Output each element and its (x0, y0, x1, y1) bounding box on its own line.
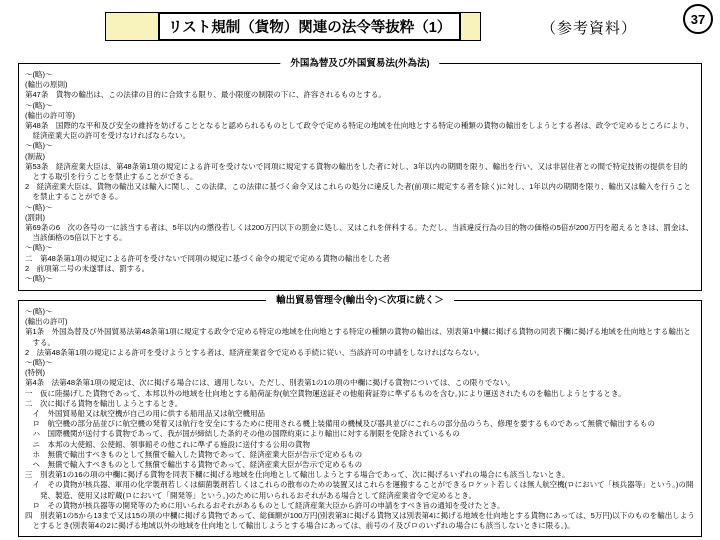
law-paragraph: 三 別表第1の16の項の中欄に掲げる貨物を同表下欄に掲げる地域を仕向地として輸出… (25, 470, 695, 480)
law-paragraph: イ その貨物が核兵器、軍用の化学製剤若しくは細菌製剤若しくはこれらの散布のための… (25, 480, 695, 500)
page-number: 37 (691, 12, 705, 27)
law-paragraph: 2 経済産業大臣は、貨物の輸出又は輸入に関し、この法律、この法律に基づく命令又は… (25, 182, 695, 202)
law-paragraph: 二 次に掲げる貨物を輸出しようとするとき。 (25, 399, 695, 409)
law-paragraph: (制裁) (25, 152, 695, 162)
law-paragraph: 一 仮に陸揚げした貨物であって、本邦以外の地域を仕向地とする船荷証券(航空貨物運… (25, 389, 695, 399)
law-paragraph: ロ その貨物が核兵器等の開発等のために用いられるおそれがあるものとして経済産業大… (25, 501, 695, 511)
law-paragraph: ～(略)～ (25, 243, 695, 253)
law-paragraph: ヘ 無償で輸入すべきものとして無償で輸出する貨物であって、経済産業大臣が告示で定… (25, 460, 695, 470)
law-paragraph: ～(略)～ (25, 101, 695, 111)
law-paragraph: 二 第48条第1項の規定による許可を受けないで同項の規定に基づく命令の規定で定め… (25, 254, 695, 264)
law-paragraph: 第48条 国際的な平和及び安全の維持を妨げることとなると認められるものとして政令… (25, 121, 695, 141)
law-paragraph: ハ 国際機関が送付する貨物であって、我が国が締結した条約その他の国際約束により輸… (25, 429, 695, 439)
law-paragraph: ニ 本邦の大使館、公使館、領事館その他これに準ずる施設に送付する公用の貨物 (25, 440, 695, 450)
law-paragraph: 第47条 貨物の輸出は、この法律の目的に合致する限り、最小限度の制限の下に、許容… (25, 90, 695, 100)
section-export-trade-control-order: 輸出貿易管理令(輸出令)＜次項に続く＞ ～(略)～ (輸出の許可) 第1条 外国… (18, 300, 702, 537)
section-body-export-trade-control-order: ～(略)～ (輸出の許可) 第1条 外国為替及び外国貿易法第48条第1項に規定す… (19, 301, 701, 531)
title-bar: リスト規制（貨物）関連の法令等抜粋（1） (105, 12, 481, 41)
law-paragraph: ホ 無償で輸出すべきものとして無償で輸入した貨物であって、経済産業大臣が告示で定… (25, 450, 695, 460)
law-paragraph: ～(略)～ (25, 70, 695, 80)
law-paragraph: (罰則) (25, 213, 695, 223)
law-paragraph: (特例) (25, 368, 695, 378)
law-paragraph: ロ 航空機の部分品並びに航空機の発着又は航行を安全にするために使用される機上装備… (25, 419, 695, 429)
law-paragraph: 第53条 経済産業大臣は、第48条第1項の規定による許可を受けないで同項に規定す… (25, 162, 695, 182)
reference-label: （参考資料） (541, 17, 637, 38)
section-heading-export-trade-control-order: 輸出貿易管理令(輸出令)＜次項に続く＞ (266, 294, 454, 307)
law-paragraph: 2 前項第二号の未遂罪は、罰する。 (25, 264, 695, 274)
law-paragraph: (輸出の許可等) (25, 111, 695, 121)
law-paragraph: 四 別表第1の5から13まで又は15の項の中欄に掲げる貨物であって、総価額が10… (25, 511, 695, 531)
section-foreign-exchange-law: 外国為替及び外国貿易法(外為法) ～(略)～ (輸出の原則) 第47条 貨物の輸… (18, 63, 702, 291)
law-paragraph: ～(略)～ (25, 141, 695, 151)
law-paragraph: ～(略)～ (25, 307, 695, 317)
section-heading-foreign-exchange-law: 外国為替及び外国貿易法(外為法) (280, 57, 439, 70)
slide-page: 37 リスト規制（貨物）関連の法令等抜粋（1） （参考資料） 外国為替及び外国貿… (0, 0, 720, 540)
law-paragraph: 第1条 外国為替及び外国貿易法第48条第1項に規定する政令で定める特定の地域を仕… (25, 327, 695, 347)
law-paragraph: (輸出の原則) (25, 80, 695, 90)
law-paragraph: (輸出の許可) (25, 317, 695, 327)
law-paragraph: 第4条 法第48条第1項の規定は、次に掲げる場合には、適用しない。ただし、別表第… (25, 378, 695, 388)
law-paragraph: イ 外国貿易船又は航空機が自己の用に供する船用品又は航空機用品 (25, 409, 695, 419)
law-paragraph: 2 法第48条第1項の規定による許可を受けようとする者は、経済産業省令で定める手… (25, 348, 695, 358)
law-paragraph: ～(略)～ (25, 358, 695, 368)
law-paragraph: ～(略)～ (25, 203, 695, 213)
law-paragraph: ～(略)～ (25, 274, 695, 284)
page-title: リスト規制（貨物）関連の法令等抜粋（1） (158, 12, 461, 41)
law-paragraph: 第69条の6 次の各号の一に該当する者は、5年以内の懲役若しくは200万円以下の… (25, 223, 695, 243)
section-body-foreign-exchange-law: ～(略)～ (輸出の原則) 第47条 貨物の輸出は、この法律の目的に合致する限り… (19, 64, 701, 284)
page-number-badge: 37 (683, 4, 713, 34)
